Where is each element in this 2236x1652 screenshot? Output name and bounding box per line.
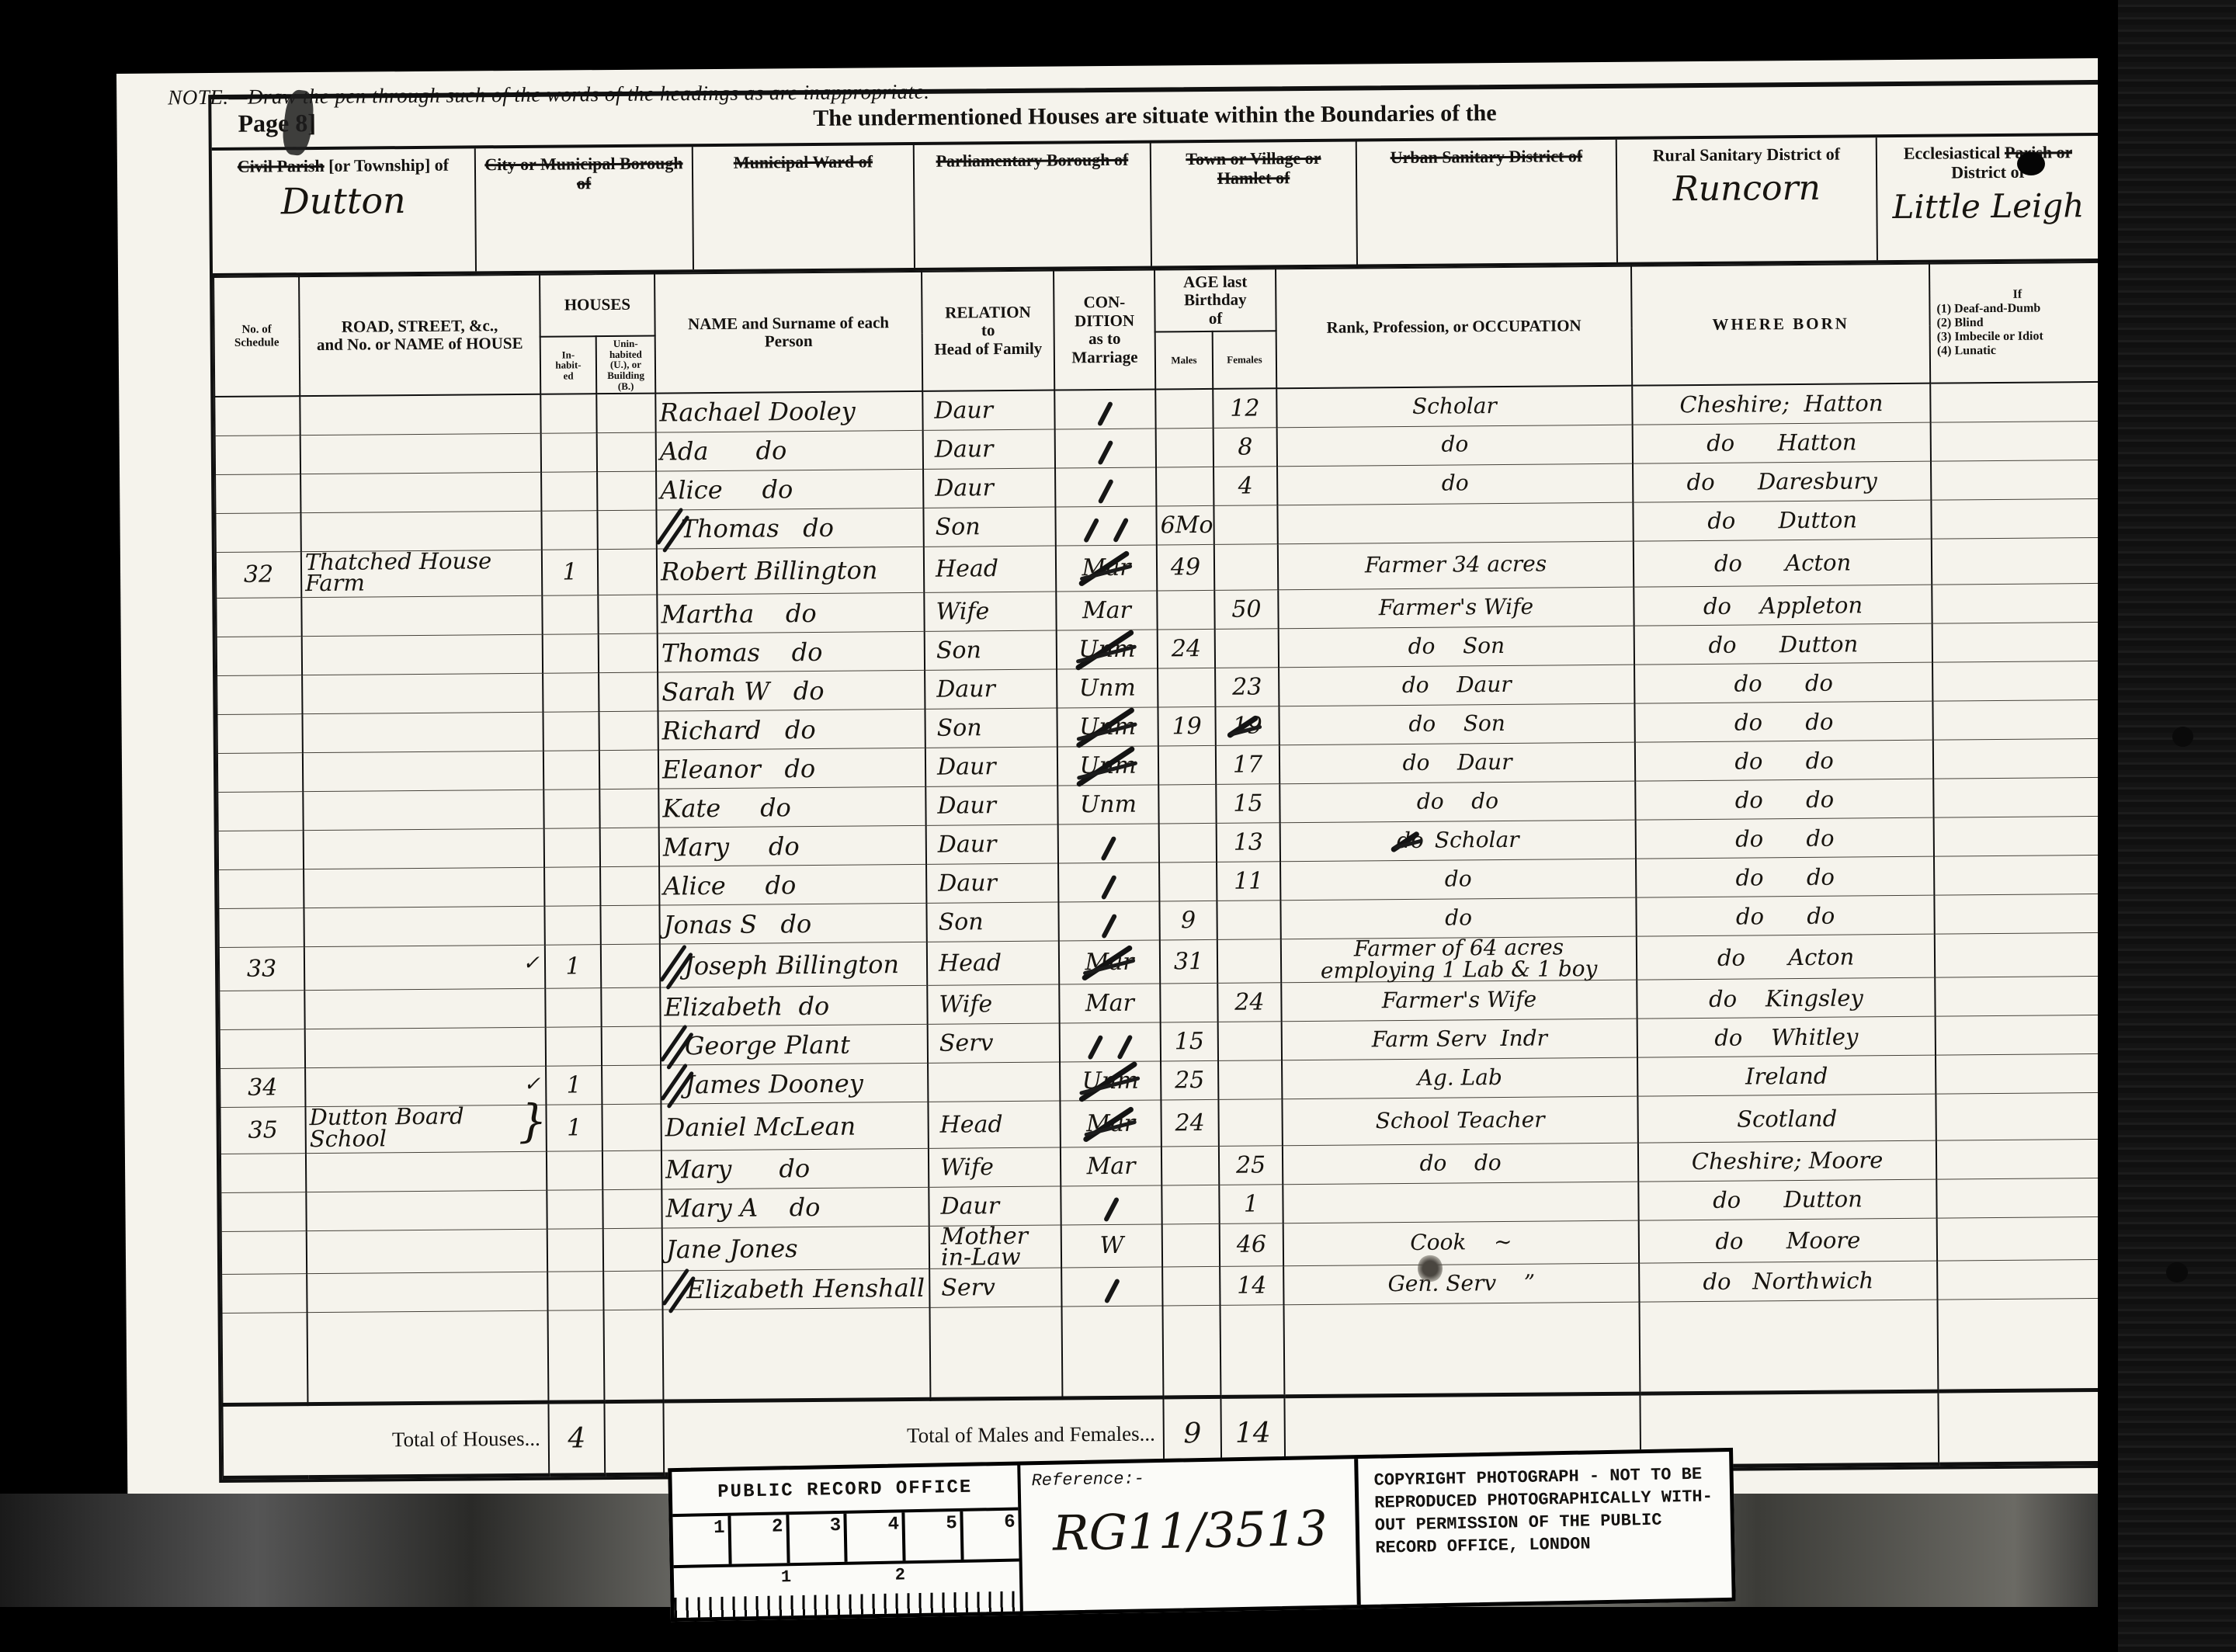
cell-age-male: 15 xyxy=(1161,1022,1218,1062)
cell-where-born: do Dutton xyxy=(1633,500,1931,541)
cell-infirmity xyxy=(1935,977,2106,1017)
cell-schedule-number xyxy=(217,753,303,793)
cell-person-name: Rachael Dooley xyxy=(655,391,922,432)
cell-uninhabited xyxy=(598,549,657,595)
cell-occupation: Scholar xyxy=(1276,386,1632,428)
pen-slash-mark xyxy=(1097,440,1113,466)
household-separator-mark xyxy=(660,512,679,547)
cell-occupation: do Son xyxy=(1279,626,1634,668)
cell-where-born: do Whitley xyxy=(1637,1017,1936,1058)
cell-house-name xyxy=(306,1151,547,1192)
cell-occupation: do Daur xyxy=(1279,665,1634,706)
census-sheet: Page 8] The undermentioned Houses are si… xyxy=(116,58,2131,1532)
cell-condition xyxy=(1058,901,1159,941)
cell-occupation: doScholar xyxy=(1280,820,1636,862)
cell-schedule-number xyxy=(220,1029,305,1069)
cell-age-male: 24 xyxy=(1158,630,1215,669)
cell-age-male xyxy=(1156,428,1213,467)
ruler-number: 2 xyxy=(894,1565,905,1584)
cell-house-name xyxy=(306,1190,547,1230)
cell-infirmity xyxy=(1931,498,2102,539)
cell-where-born: do do xyxy=(1636,856,1934,897)
ruler-scale-fine: 1 2 xyxy=(674,1559,1020,1619)
cell-age-female: 14 xyxy=(1220,1266,1283,1306)
header-schedule: No. of Schedule xyxy=(214,276,300,397)
header-houses: HOUSES xyxy=(540,274,655,337)
checkmark: ✓ xyxy=(523,1073,540,1096)
cell-uninhabited xyxy=(602,1104,661,1150)
cell-person-name: Alice do xyxy=(659,865,926,906)
cell-person-name: Thomas do xyxy=(658,632,925,673)
cell-person-name: Martha do xyxy=(657,593,924,634)
cell-age-male xyxy=(1161,1185,1219,1224)
header-road: ROAD, STREET, &c., and No. or NAME of HO… xyxy=(299,275,540,397)
cell-where-born: do Dutton xyxy=(1638,1179,1936,1220)
brace-mark: } xyxy=(518,1095,547,1147)
cell-relation: Daur xyxy=(923,429,1055,469)
cell-occupation: do do xyxy=(1283,1143,1638,1185)
pen-slash-mark xyxy=(1100,835,1116,861)
cell-age-female: 23 xyxy=(1215,668,1279,707)
cell-age-male xyxy=(1158,785,1216,824)
cell-schedule-number xyxy=(220,1154,306,1193)
cell-age-male: 6Mo xyxy=(1156,505,1213,545)
photo-right-edge xyxy=(2098,0,2236,1652)
ruler-number: 2 xyxy=(731,1515,790,1563)
cell-where-born: do do xyxy=(1635,740,1933,781)
cell-relation: Daur xyxy=(922,390,1054,430)
cell-age-female: 50 xyxy=(1214,590,1278,630)
cell-infirmity xyxy=(1932,700,2103,741)
cell-age-male: 31 xyxy=(1160,940,1217,984)
cell-inhabited: 1 xyxy=(546,1066,602,1105)
cell-inhabited xyxy=(543,790,599,829)
cell-condition: Mar xyxy=(1059,940,1160,984)
cell-person-name: Richard do xyxy=(658,710,925,751)
cell-house-name: Dutton Board School} xyxy=(305,1105,546,1154)
cell-infirmity xyxy=(1932,623,2103,663)
cell-condition xyxy=(1055,429,1156,468)
ruler-scale-inches: 123456 xyxy=(672,1508,1019,1566)
cell-infirmity xyxy=(1936,1093,2106,1140)
cell-infirmity xyxy=(1932,661,2103,702)
cell-age-female xyxy=(1218,1022,1282,1061)
cell-condition: Unm xyxy=(1060,1061,1161,1101)
cell-uninhabited xyxy=(597,471,656,511)
cell-uninhabited xyxy=(603,1228,662,1272)
cell-infirmity xyxy=(1932,584,2102,624)
ruler-number: 3 xyxy=(789,1514,848,1563)
cell-inhabited: 1 xyxy=(542,549,598,595)
census-photograph: Page 8] The undermentioned Houses are si… xyxy=(0,0,2236,1652)
cell-infirmity xyxy=(1936,1015,2106,1056)
cell-schedule-number xyxy=(221,1274,307,1314)
cell-house-name xyxy=(302,673,543,713)
header-infirmity: If (1) Deaf-and-Dumb(2) Blind(3) Imbecil… xyxy=(1929,262,2101,383)
cell-where-born: do Acton xyxy=(1634,539,1932,588)
pen-slash-mark xyxy=(1098,479,1114,505)
pen-slash-mark xyxy=(1101,913,1117,939)
cell-house-name xyxy=(303,790,543,830)
cell-uninhabited xyxy=(597,510,656,550)
ruler-number: 5 xyxy=(905,1511,964,1560)
cell-age-male xyxy=(1158,746,1216,786)
cell-condition xyxy=(1054,390,1155,429)
pro-title: PUBLIC RECORD OFFICE xyxy=(672,1466,1018,1515)
cell-relation: Son xyxy=(926,902,1058,942)
cell-relation: Daur xyxy=(926,863,1058,903)
cell-infirmity xyxy=(1937,1259,2108,1300)
cell-inhabited xyxy=(541,432,597,472)
cell-infirmity xyxy=(1936,1054,2106,1095)
cell-age-female: 12 xyxy=(1213,388,1276,428)
household-separator-mark xyxy=(664,949,682,983)
cell-occupation: do do xyxy=(1279,781,1635,823)
district-municipal-ward: Municipal Ward of xyxy=(693,145,915,269)
district-value-handwritten: Runcorn xyxy=(1617,168,1876,210)
cell-schedule-number xyxy=(217,675,302,715)
cell-occupation: do xyxy=(1280,897,1636,939)
pen-slash-mark xyxy=(1113,518,1129,543)
cell-where-born: Cheshire; Moore xyxy=(1638,1140,1936,1182)
cell-condition: Unm xyxy=(1057,630,1158,669)
cell-inhabited xyxy=(541,510,597,550)
infirmity-item: (3) Imbecile or Idiot xyxy=(1937,329,2099,345)
cell-person-name: Mary do xyxy=(659,826,926,867)
district-civil-parish: Civil Parish [or Township] of Dutton xyxy=(212,148,477,273)
cell-occupation: School Teacher xyxy=(1282,1097,1637,1146)
header-uninhabited: Unin- habited (U.), or Building (B.) xyxy=(596,336,656,394)
cell-occupation: Farmer's Wife xyxy=(1278,587,1634,629)
cell-condition xyxy=(1061,1267,1162,1307)
cell-infirmity xyxy=(1935,933,2106,978)
cell-inhabited xyxy=(544,828,600,868)
cell-age-male xyxy=(1158,668,1215,708)
cell-schedule-number xyxy=(217,637,302,676)
infirmity-item: (4) Lunatic xyxy=(1937,343,2099,359)
cell-where-born: do do xyxy=(1636,895,1934,936)
header-condition: CON- DITION as to Marriage xyxy=(1054,270,1155,390)
cell-uninhabited xyxy=(602,1065,661,1105)
cell-uninhabited xyxy=(600,905,659,945)
infirmity-list: (1) Deaf-and-Dumb(2) Blind(3) Imbecile o… xyxy=(1936,301,2099,358)
ruler-number: 4 xyxy=(847,1512,906,1561)
reference-panel: Reference:- RG11/3513 xyxy=(1020,1459,1361,1611)
cell-occupation: do xyxy=(1280,859,1636,901)
header-age: AGE last Birthday of xyxy=(1154,269,1276,331)
cell-condition: Mar xyxy=(1056,545,1157,592)
cell-age-male xyxy=(1155,389,1213,429)
cell-occupation: Farmer of 64 acres employing 1 Lab & 1 b… xyxy=(1281,936,1637,983)
cell-inhabited xyxy=(542,595,598,635)
cell-infirmity xyxy=(1937,1216,2108,1261)
cell-uninhabited xyxy=(600,828,659,867)
cell-where-born: do do xyxy=(1634,662,1932,703)
cell-where-born: do Hatton xyxy=(1633,422,1931,463)
pen-slash-mark xyxy=(1087,1035,1103,1060)
cell-house-name: Thatched House Farm xyxy=(301,550,542,598)
cell-condition: Mar xyxy=(1059,984,1160,1023)
cell-inhabited: 1 xyxy=(545,945,601,989)
ink-blot xyxy=(1418,1255,1443,1282)
cell-person-name: Jane Jones xyxy=(662,1226,929,1271)
cell-house-name xyxy=(300,394,540,435)
cell-person-name: Elizabeth do xyxy=(660,986,927,1027)
cell-relation: Head xyxy=(927,941,1059,986)
cell-schedule-number: 33 xyxy=(219,947,304,991)
cell-condition: Mar xyxy=(1056,591,1157,630)
cell-inhabited xyxy=(547,1229,603,1272)
cell-infirmity xyxy=(1934,894,2105,935)
infirmity-item: (2) Blind xyxy=(1937,315,2099,331)
header-females: Females xyxy=(1213,331,1277,389)
cell-person-name: George Plant xyxy=(661,1025,928,1066)
cell-where-born: do Dutton xyxy=(1634,623,1932,665)
cell-relation: Daur xyxy=(925,669,1057,709)
pen-slash-mark xyxy=(1104,1279,1120,1304)
cell-infirmity xyxy=(1933,778,2104,818)
cell-occupation: Cook ~ xyxy=(1283,1220,1639,1266)
cell-age-male: 19 xyxy=(1158,707,1215,747)
cell-house-name xyxy=(305,1028,546,1068)
cell-age-female xyxy=(1217,939,1281,984)
cell-relation: Son xyxy=(923,507,1055,547)
cell-condition: Unm xyxy=(1057,668,1158,708)
header-where-born: WHERE BORN xyxy=(1631,264,1930,386)
cell-uninhabited xyxy=(602,1150,661,1190)
cell-occupation xyxy=(1283,1182,1638,1223)
cell-occupation: do Son xyxy=(1279,703,1634,745)
cell-condition: Mar xyxy=(1060,1100,1161,1147)
cell-inhabited xyxy=(544,906,600,946)
cell-house-name xyxy=(307,1272,547,1312)
blank-row xyxy=(222,1298,2109,1404)
cell-age-female: 4 xyxy=(1213,466,1277,505)
cell-condition xyxy=(1055,506,1156,546)
cell-relation: Head xyxy=(924,546,1056,593)
ink-blot xyxy=(2172,727,2193,747)
cell-house-name: ✓ xyxy=(304,945,545,991)
cell-relation: Wife xyxy=(924,592,1056,631)
cell-schedule-number xyxy=(215,435,300,474)
cell-inhabited xyxy=(540,394,596,433)
cell-infirmity xyxy=(1932,537,2102,585)
cell-condition xyxy=(1055,467,1156,507)
cell-infirmity xyxy=(1931,421,2102,461)
cell-schedule-number xyxy=(216,598,301,637)
cell-age-female: 15 xyxy=(1216,784,1279,824)
cell-relation: Daur xyxy=(929,1186,1061,1226)
cell-uninhabited xyxy=(602,1189,661,1229)
cell-relation: Daur xyxy=(925,747,1057,786)
cell-person-name: Ada do xyxy=(656,430,923,471)
cell-relation: Wife xyxy=(929,1147,1061,1187)
cell-relation: Wife xyxy=(927,984,1059,1024)
cell-where-born: do Northwich xyxy=(1639,1261,1937,1302)
cell-inhabited xyxy=(545,988,601,1028)
cell-inhabited: 1 xyxy=(546,1105,602,1151)
header-name: NAME and Surname of each Person xyxy=(654,272,922,394)
cell-where-born: do Moore xyxy=(1639,1218,1937,1263)
cell-age-female: 1 xyxy=(1219,1185,1283,1224)
cell-relation: Daur xyxy=(926,824,1058,864)
cell-occupation: Farmer's Wife xyxy=(1281,980,1637,1022)
total-houses-value: 4 xyxy=(548,1402,605,1476)
infirmity-item: (1) Deaf-and-Dumb xyxy=(1936,301,2098,317)
cell-uninhabited xyxy=(601,944,660,988)
census-table: No. of Schedule ROAD, STREET, &c., and N… xyxy=(213,262,2110,1480)
cell-person-name: Mary do xyxy=(661,1148,929,1189)
ink-blot xyxy=(2017,152,2045,175)
cell-inhabited xyxy=(546,1027,602,1067)
reference-number: RG11/3513 xyxy=(1052,1500,1328,1562)
ruler-number: 6 xyxy=(963,1511,1019,1560)
cell-house-name xyxy=(302,634,543,675)
cell-schedule-number xyxy=(215,512,300,552)
cell-infirmity xyxy=(1933,739,2104,779)
household-separator-mark xyxy=(666,1273,685,1307)
cell-where-born: do do xyxy=(1634,701,1932,742)
cell-inhabited xyxy=(543,712,599,751)
header-relation: RELATION to Head of Family xyxy=(922,271,1054,392)
district-town-village: Town or Village or Hamlet of xyxy=(1151,141,1358,265)
cell-condition xyxy=(1060,1022,1161,1062)
cell-occupation: do xyxy=(1277,425,1633,467)
cell-person-name: Sarah W do xyxy=(658,671,925,712)
cell-age-female: 46 xyxy=(1220,1223,1283,1267)
photo-bottom-edge xyxy=(0,1607,2236,1652)
cell-age-male xyxy=(1159,824,1217,863)
district-urban-sanitary: Urban Sanitary District of xyxy=(1357,140,1618,265)
cell-house-name xyxy=(300,433,541,474)
cell-age-male: 24 xyxy=(1161,1100,1218,1147)
cell-relation xyxy=(928,1062,1060,1102)
cell-person-name: Robert Billington xyxy=(657,547,924,595)
cell-schedule-number xyxy=(219,991,304,1030)
cell-where-born: do Acton xyxy=(1637,934,1935,980)
cell-person-name: Joseph Billington xyxy=(660,942,927,988)
copyright-panel: COPYRIGHT PHOTOGRAPH - NOT TO BEREPRODUC… xyxy=(1358,1452,1732,1605)
cell-age-female xyxy=(1217,901,1280,940)
cell-condition xyxy=(1061,1185,1161,1225)
cell-uninhabited xyxy=(597,432,656,472)
cell-relation: Daur xyxy=(925,786,1057,825)
cell-person-name: Daniel McLean xyxy=(661,1102,928,1150)
cell-where-born: Scotland xyxy=(1637,1095,1936,1144)
cell-infirmity xyxy=(1936,1178,2107,1218)
cell-age-female xyxy=(1215,629,1279,668)
cell-house-name: ✓ xyxy=(305,1067,546,1107)
cell-condition: Mar xyxy=(1061,1147,1161,1186)
cell-relation: Serv xyxy=(929,1268,1061,1307)
cell-person-name: Kate do xyxy=(658,787,925,828)
census-rows: Rachael DooleyDaur12ScholarCheshire; Hat… xyxy=(214,382,2108,1313)
cell-relation: Serv xyxy=(928,1023,1060,1063)
cell-age-female: 8 xyxy=(1213,427,1277,467)
cell-inhabited xyxy=(547,1272,603,1311)
cell-house-name xyxy=(300,472,541,512)
cell-uninhabited xyxy=(599,711,658,751)
ruler-number: 1 xyxy=(781,1567,792,1587)
cell-schedule-number xyxy=(220,1192,306,1232)
cell-where-born: do Kingsley xyxy=(1637,978,1935,1019)
checkmark: ✓ xyxy=(523,952,540,975)
cell-person-name: Mary A do xyxy=(661,1187,929,1228)
cell-age-male: 49 xyxy=(1157,544,1214,591)
cell-person-name: Eleanor do xyxy=(658,748,925,790)
cell-person-name: Thomas do xyxy=(656,508,923,549)
cell-schedule-number: 34 xyxy=(220,1068,305,1108)
cell-inhabited xyxy=(543,634,599,674)
cell-house-name xyxy=(300,511,541,551)
cell-age-female: 24 xyxy=(1217,983,1281,1022)
district-ecclesiastical: Ecclesiastical Parish or District of Lit… xyxy=(1877,136,2099,260)
cell-age-male: 9 xyxy=(1159,901,1217,941)
cell-house-name xyxy=(304,828,544,869)
cell-condition xyxy=(1058,862,1159,902)
header-inhabited: In- habit- ed xyxy=(540,336,597,394)
pen-slash-mark xyxy=(1083,518,1099,543)
cell-uninhabited xyxy=(602,1026,661,1066)
cell-where-born: Ireland xyxy=(1637,1056,1936,1097)
sheet-title: The undermentioned Houses are situate wi… xyxy=(211,95,2098,137)
cell-uninhabited xyxy=(599,633,658,673)
cell-schedule-number xyxy=(218,869,304,909)
cell-inhabited xyxy=(543,751,599,790)
district-value-handwritten: Little Leigh xyxy=(1877,186,2099,226)
cell-relation: Head xyxy=(928,1101,1060,1148)
cell-age-female xyxy=(1218,1060,1282,1100)
cell-age-female xyxy=(1214,543,1278,590)
pro-reference-stamp: PUBLIC RECORD OFFICE 123456 1 2 Referenc… xyxy=(668,1448,1736,1622)
pen-slash-mark xyxy=(1097,401,1113,427)
district-strip: Civil Parish [or Township] of Dutton Cit… xyxy=(212,133,2099,276)
cell-condition: W xyxy=(1061,1224,1162,1268)
cell-house-name xyxy=(304,989,545,1029)
cell-age-female: 11 xyxy=(1217,862,1280,901)
pen-slash-mark xyxy=(1116,1034,1133,1060)
cell-age-male xyxy=(1162,1223,1220,1267)
cell-occupation: do Daur xyxy=(1279,742,1635,784)
cell-where-born: do do xyxy=(1636,817,1934,859)
cell-schedule-number xyxy=(218,908,304,948)
cell-uninhabited xyxy=(599,672,658,712)
cell-schedule-number xyxy=(221,1231,307,1275)
cell-age-male xyxy=(1156,467,1213,506)
cell-house-name xyxy=(302,712,543,752)
cell-person-name: Alice do xyxy=(656,469,923,510)
cell-uninhabited xyxy=(603,1271,662,1310)
cell-infirmity xyxy=(1930,382,2101,422)
cell-occupation: do xyxy=(1277,463,1633,505)
cell-house-name xyxy=(307,1229,547,1273)
pen-slash-mark xyxy=(1103,1197,1120,1223)
cell-uninhabited xyxy=(598,595,657,634)
pen-slash-mark xyxy=(1101,874,1117,900)
cell-schedule-number xyxy=(214,396,300,436)
column-headers: No. of Schedule ROAD, STREET, &c., and N… xyxy=(214,262,2101,397)
cell-uninhabited xyxy=(600,866,659,906)
cell-condition: Unm xyxy=(1057,707,1158,747)
district-value-handwritten: Dutton xyxy=(212,179,474,224)
cell-uninhabited xyxy=(599,789,658,828)
cell-infirmity xyxy=(1931,460,2102,500)
cell-person-name: Jonas S do xyxy=(659,904,926,945)
cell-where-born: do Appleton xyxy=(1634,585,1932,626)
header-males: Males xyxy=(1155,331,1213,390)
cell-person-name: Elizabeth Henshall xyxy=(662,1268,929,1310)
ink-blot xyxy=(2166,1262,2188,1282)
